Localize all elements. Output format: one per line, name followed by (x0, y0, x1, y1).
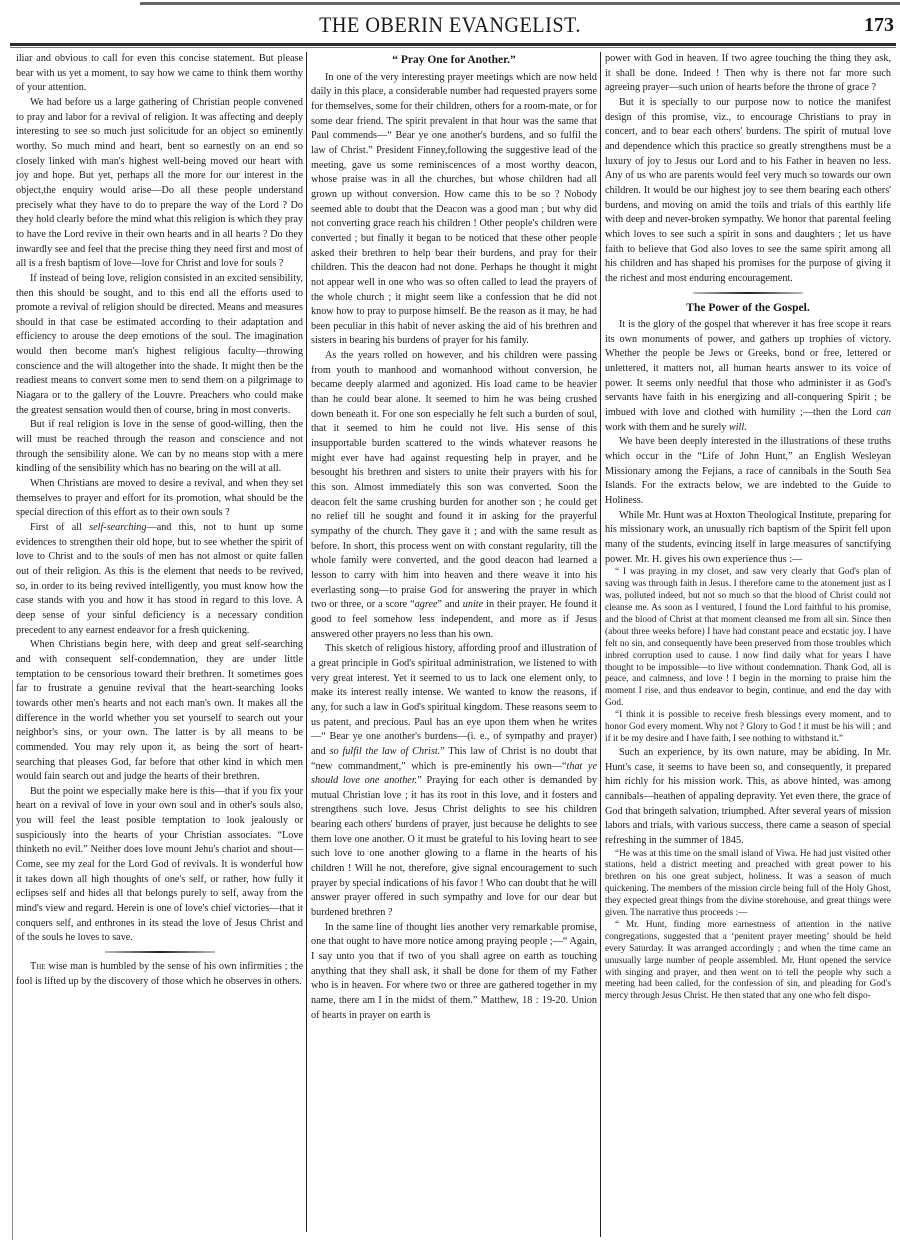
paragraph-self-searching: First of all self-searching—and this, no… (16, 521, 303, 638)
paragraph: In the same line of thought lies another… (311, 921, 597, 1024)
right-column: power with God in heaven. If two agree t… (605, 52, 891, 1254)
maxim-paragraph: The wise man is humbled by the sense of … (16, 960, 303, 989)
quoted-extract: “ I was praying in my closet, and saw ve… (605, 567, 891, 746)
text-run: It is the glory of the gospel that where… (605, 319, 891, 418)
column-divider-2 (600, 52, 601, 1237)
text-run: This sketch of religious history, afford… (311, 643, 597, 757)
text-run: wise man is humbled by the sense of his … (16, 961, 303, 987)
text-run: ” and (438, 599, 463, 610)
column-divider-1 (306, 52, 307, 1232)
paragraph: But it is specially to our purpose now t… (605, 96, 891, 287)
text-run: As the years rolled on however, and his … (311, 350, 597, 610)
paragraph: power with God in heaven. If two agree t… (605, 52, 891, 96)
top-border-rule (140, 2, 900, 5)
text-run: —and this, not to hunt up some evidences… (16, 522, 303, 636)
paragraph: If instead of being love, religion consi… (16, 272, 303, 419)
paragraph: When Christians begin here, with deep an… (16, 638, 303, 785)
paragraph: When Christians are moved to desire a re… (16, 477, 303, 521)
middle-column: “ Pray One for Another.” In one of the v… (311, 52, 597, 1254)
paragraph: It is the glory of the gospel that where… (605, 318, 891, 435)
paragraph: Such an experience, by its own nature, m… (605, 746, 891, 849)
paragraph: iliar and obvious to call for even this … (16, 52, 303, 96)
emphasis: so fulfil the law of Christ. (330, 746, 441, 757)
header-rule (10, 43, 896, 46)
quote-paragraph: “ I was praying in my closet, and saw ve… (605, 567, 891, 710)
paragraph: We had before us a large gathering of Ch… (16, 96, 303, 272)
left-column: iliar and obvious to call for even this … (16, 52, 303, 1254)
emphasis: agree (415, 599, 438, 610)
text-run: work with them and he surely (605, 422, 729, 433)
paragraph: As the years rolled on however, and his … (311, 349, 597, 642)
emphasis: will. (729, 422, 747, 433)
quoted-extract: “He was at this time on the small island… (605, 849, 891, 1004)
emphasis: self-searching (89, 522, 146, 533)
masthead: THE OBERIN EVANGELIST. 173 (0, 12, 900, 38)
page-number: 173 (864, 14, 894, 37)
quote-paragraph: “I think it is possible to receive fresh… (605, 710, 891, 746)
text-run: First of all (30, 522, 89, 533)
paragraph: But if real religion is love in the sens… (16, 418, 303, 477)
paragraph: This sketch of religious history, afford… (311, 642, 597, 920)
paragraph: While Mr. Hunt was at Hoxton Theological… (605, 509, 891, 568)
text-run: ” Praying for each other is demanded by … (311, 775, 597, 918)
paragraph: But the point we especially make here is… (16, 785, 303, 946)
section-divider (693, 292, 803, 294)
header-rule-thin (10, 47, 896, 48)
margin-rule (12, 680, 13, 1240)
quote-paragraph: “ Mr. Hunt, finding more earnestness of … (605, 920, 891, 1003)
small-caps-lead: The (30, 961, 46, 972)
emphasis: unite (463, 599, 483, 610)
emphasis: can (876, 407, 891, 418)
article-heading: The Power of the Gospel. (605, 301, 891, 316)
article-heading: “ Pray One for Another.” (311, 53, 597, 68)
paragraph: In one of the very interesting prayer me… (311, 71, 597, 349)
paragraph: We have been deeply interested in the il… (605, 435, 891, 508)
newspaper-title: THE OBERIN EVANGELIST. (36, 12, 864, 38)
quote-paragraph: “He was at this time on the small island… (605, 849, 891, 920)
section-divider (105, 951, 215, 953)
